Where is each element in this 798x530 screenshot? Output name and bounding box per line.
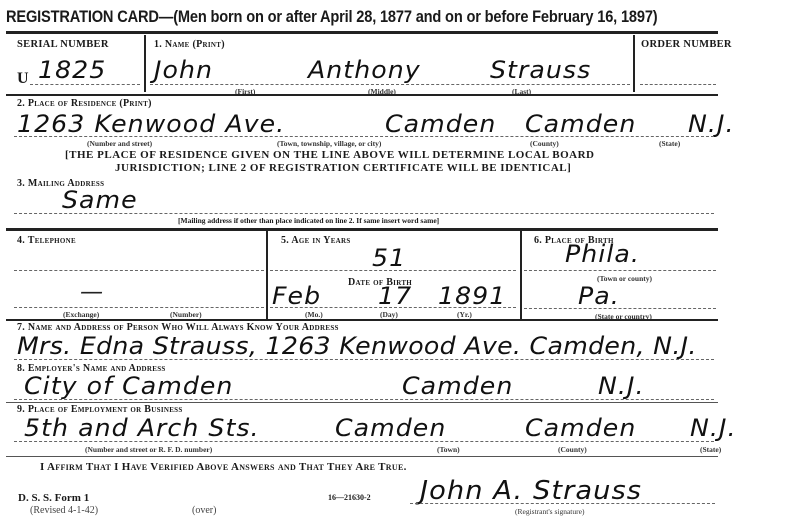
telephone-upper-line [14, 270, 264, 271]
registrant-signature: John A. Strauss [420, 476, 642, 506]
name-line [150, 84, 630, 85]
mailing-line [14, 213, 714, 214]
contact-line [14, 359, 714, 360]
age-value: 51 [372, 244, 406, 272]
card-title: REGISTRATION CARD—(Men born on or after … [6, 7, 657, 27]
dob-year: 1891 [438, 282, 506, 310]
dob-line [270, 307, 516, 308]
birthplace-town-line [524, 270, 716, 271]
divider [6, 228, 718, 231]
residence-label: 2. Place of Residence (Print) [17, 98, 152, 109]
employment-county-caption: (County) [558, 445, 587, 454]
residence-county-caption: (County) [530, 139, 559, 148]
residence-county: Camden [525, 110, 636, 138]
name-label: 1. Name (Print) [154, 39, 225, 50]
serial-number-value: 1825 [38, 56, 106, 84]
signature-caption: (Registrant's signature) [515, 507, 584, 516]
form-number: D. S. S. Form 1 [18, 492, 89, 504]
dob-day: 17 [378, 282, 412, 310]
dob-month-caption: (Mo.) [305, 310, 323, 319]
serial-prefix: U [17, 70, 29, 88]
telephone-label: 4. Telephone [17, 235, 76, 246]
signature-line [410, 503, 715, 504]
affirmation-text: I Affirm That I Have Verified Above Answ… [40, 461, 407, 473]
mailing-address-value: Same [62, 186, 138, 214]
divider [6, 319, 718, 321]
residence-town: Camden [385, 110, 496, 138]
residence-state-caption: (State) [659, 139, 680, 148]
divider [144, 35, 146, 92]
age-line [270, 270, 516, 271]
age-label: 5. Age in Years [281, 235, 351, 246]
serial-line [30, 84, 140, 85]
residence-notice-line2: JURISDICTION; LINE 2 OF REGISTRATION CER… [115, 162, 571, 175]
employer-name: City of Camden [24, 372, 233, 400]
divider [6, 31, 718, 34]
employment-town-caption: (Town) [437, 445, 460, 454]
telephone-line [14, 307, 264, 308]
name-middle: Anthony [308, 56, 421, 84]
employment-county: Camden [525, 414, 636, 442]
order-number-label: ORDER NUMBER [641, 39, 732, 50]
employer-line [14, 399, 714, 400]
dob-year-caption: (Yr.) [457, 310, 472, 319]
telephone-number-caption: (Number) [170, 310, 202, 319]
employer-county: Camden [402, 372, 513, 400]
divider [520, 231, 522, 319]
residence-town-caption: (Town, township, village, or city) [277, 139, 381, 148]
divider [6, 402, 718, 403]
employer-state: N.J. [598, 372, 645, 400]
mailing-notice: [Mailing address if other than place ind… [178, 216, 439, 225]
residence-line [14, 136, 714, 137]
name-first: John [154, 56, 213, 84]
residence-notice-line1: [THE PLACE OF RESIDENCE GIVEN ON THE LIN… [65, 149, 594, 162]
name-last: Strauss [490, 56, 591, 84]
contact-value: Mrs. Edna Strauss, 1263 Kenwood Ave. Cam… [17, 332, 697, 360]
employment-town: Camden [335, 414, 446, 442]
divider [633, 35, 635, 92]
serial-number-label: SERIAL NUMBER [17, 39, 109, 50]
order-line [640, 84, 716, 85]
print-code: 16—21630-2 [328, 493, 371, 502]
telephone-value: — [80, 280, 104, 305]
divider [266, 231, 268, 319]
dob-day-caption: (Day) [380, 310, 398, 319]
divider [6, 456, 718, 457]
employment-state-caption: (State) [700, 445, 721, 454]
employment-street: 5th and Arch Sts. [24, 414, 260, 442]
birthplace-town: Phila. [565, 240, 640, 268]
divider [6, 94, 718, 96]
birthplace-state: Pa. [578, 282, 620, 310]
employment-line [14, 441, 714, 442]
residence-street: 1263 Kenwood Ave. [17, 110, 285, 138]
dob-month: Feb [272, 282, 321, 310]
form-revised: (Revised 4-1-42) [30, 505, 98, 516]
birthplace-state-line [524, 308, 716, 309]
telephone-exchange-caption: (Exchange) [63, 310, 99, 319]
residence-state: N.J. [688, 110, 735, 138]
residence-street-caption: (Number and street) [87, 139, 152, 148]
employment-street-caption: (Number and street or R. F. D. number) [85, 445, 212, 454]
employment-state: N.J. [690, 414, 737, 442]
over-note: (over) [192, 505, 216, 516]
